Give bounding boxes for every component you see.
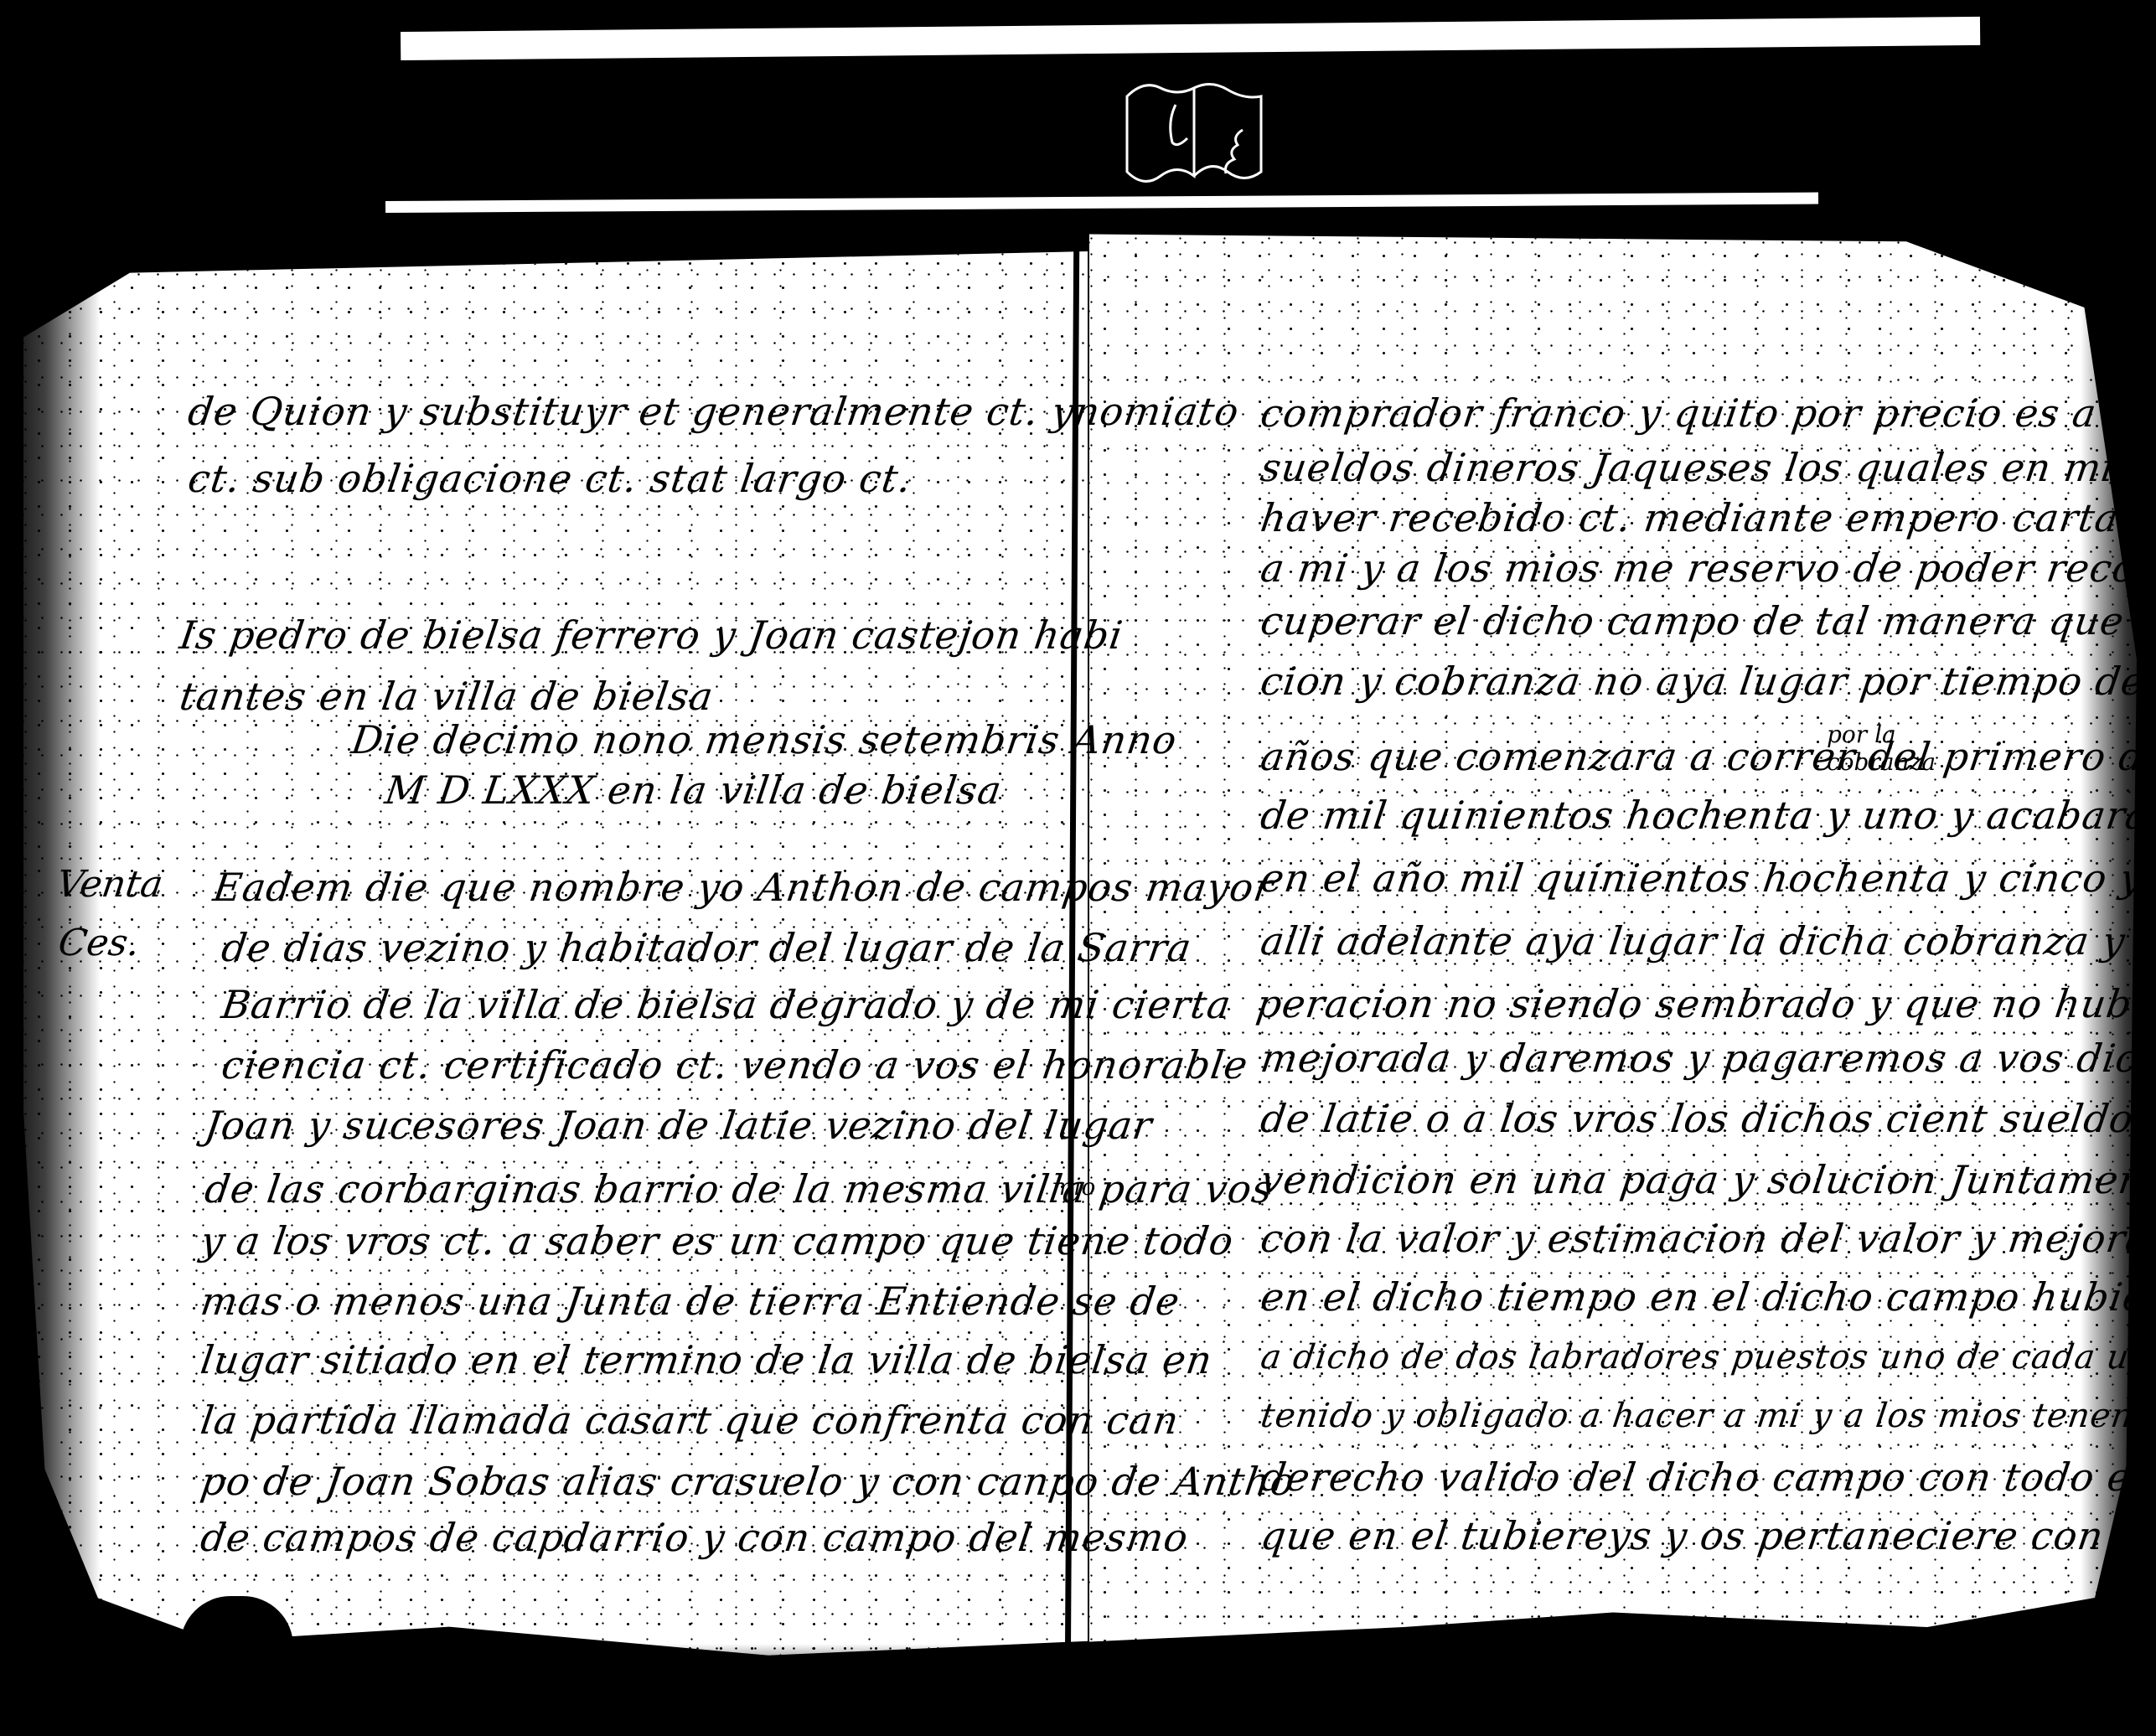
- scanned-document: de Quion y substituyr et generalmente ct…: [0, 0, 2156, 1736]
- text-line: haver recebido ct. mediante empero carta…: [1259, 499, 2156, 537]
- header-band-bottom-stripe: [385, 193, 1818, 213]
- margin-note-ces: Ces.: [55, 922, 142, 964]
- text-line: cuperar el dicho campo de tal manera que…: [1259, 602, 2156, 640]
- interlinear-insertion: mio: [1052, 1173, 1095, 1201]
- header-band-top-stripe: [401, 17, 1980, 60]
- text-line: ciencia ct. certificado ct. vendo a vos …: [220, 1046, 1251, 1084]
- text-line: sueldos dineros Jaqueses los quales en m…: [1259, 448, 2156, 487]
- text-line: con la valor y estimacion del valor y me…: [1259, 1219, 2156, 1258]
- text-line: mas o menos una Junta de tierra Entiende…: [199, 1282, 1182, 1320]
- text-line: po de Joan Sobas alias crasuelo y con ca…: [199, 1462, 1298, 1501]
- text-line: años que comenzara a correr del primero …: [1259, 737, 2156, 776]
- text-line: en el año mil quinientos hochenta y cinc…: [1259, 859, 2156, 897]
- text-line: la partida llamada casart que confrenta …: [199, 1401, 1181, 1439]
- text-line: alli adelante aya lugar la dicha cobranz…: [1259, 922, 2156, 960]
- text-line: que en el tubiereys y os pertaneciere co…: [1259, 1516, 2156, 1555]
- text-line: Is pedro de bielsa ferrero y Joan castej…: [178, 616, 1125, 654]
- text-line: de latie o a los vros los dichos cient s…: [1259, 1099, 2156, 1138]
- text-line: de Quion y substituyr et generalmente ct…: [186, 392, 1242, 431]
- text-line: de mil quinientos hochenta y uno y acaba…: [1259, 796, 2153, 834]
- text-line: lugar sitiado en el termino de la villa …: [199, 1341, 1215, 1379]
- text-line: de campos de capdarrio y con campo del m…: [199, 1518, 1191, 1557]
- text-line: comprador franco y quito por precio es a…: [1259, 394, 2156, 432]
- date-line: Die decimo nono mensis setembris Anno: [349, 721, 1180, 759]
- text-line: en el dicho tiempo en el dicho campo hub…: [1259, 1278, 2156, 1316]
- text-line: de dias vezino y habitador del lugar de …: [220, 928, 1194, 967]
- text-line: vendicion en una paga y solucion Juntame…: [1259, 1160, 2156, 1199]
- text-line: y a los vros ct. a saber es un campo que…: [199, 1222, 1237, 1260]
- date-line: M D LXXX en la villa de bielsa: [383, 771, 1005, 809]
- text-line: a dicho de dos labradores puestos uno de…: [1259, 1341, 2156, 1374]
- text-line: Barrio de la villa de bielsa degrado y d…: [220, 985, 1234, 1024]
- text-line: cion y cobranza no aya lugar por tiempo …: [1259, 662, 2156, 700]
- left-edge-shadow: [0, 251, 101, 1736]
- margin-note-venta: Venta: [54, 863, 165, 906]
- text-line: ct. sub obligacione ct. stat largo ct.: [186, 459, 914, 498]
- text-line: derecho valido del dicho campo con todo …: [1259, 1458, 2156, 1496]
- text-line: Eadem die que nombre yo Anthon de campos…: [211, 868, 1276, 907]
- text-line: a mi y a los mios me reservo de poder re…: [1259, 549, 2156, 587]
- bottom-edge-shadow: [0, 1644, 2156, 1736]
- text-line: de las corbarginas barrio de la mesma vi…: [203, 1170, 1275, 1208]
- text-line: Joan y sucesores Joan de latie vezino de…: [203, 1106, 1155, 1144]
- text-line: peracion no siendo sembrado y que no hub…: [1254, 984, 2156, 1023]
- text-line: tenido y obligado a hacer a mi y a los m…: [1259, 1399, 2156, 1433]
- text-line: tantes en la villa de bielsa: [178, 677, 716, 716]
- text-line: mejorada y daremos y pagaremos a vos dic…: [1259, 1039, 2156, 1077]
- open-book-icon: [1119, 80, 1290, 189]
